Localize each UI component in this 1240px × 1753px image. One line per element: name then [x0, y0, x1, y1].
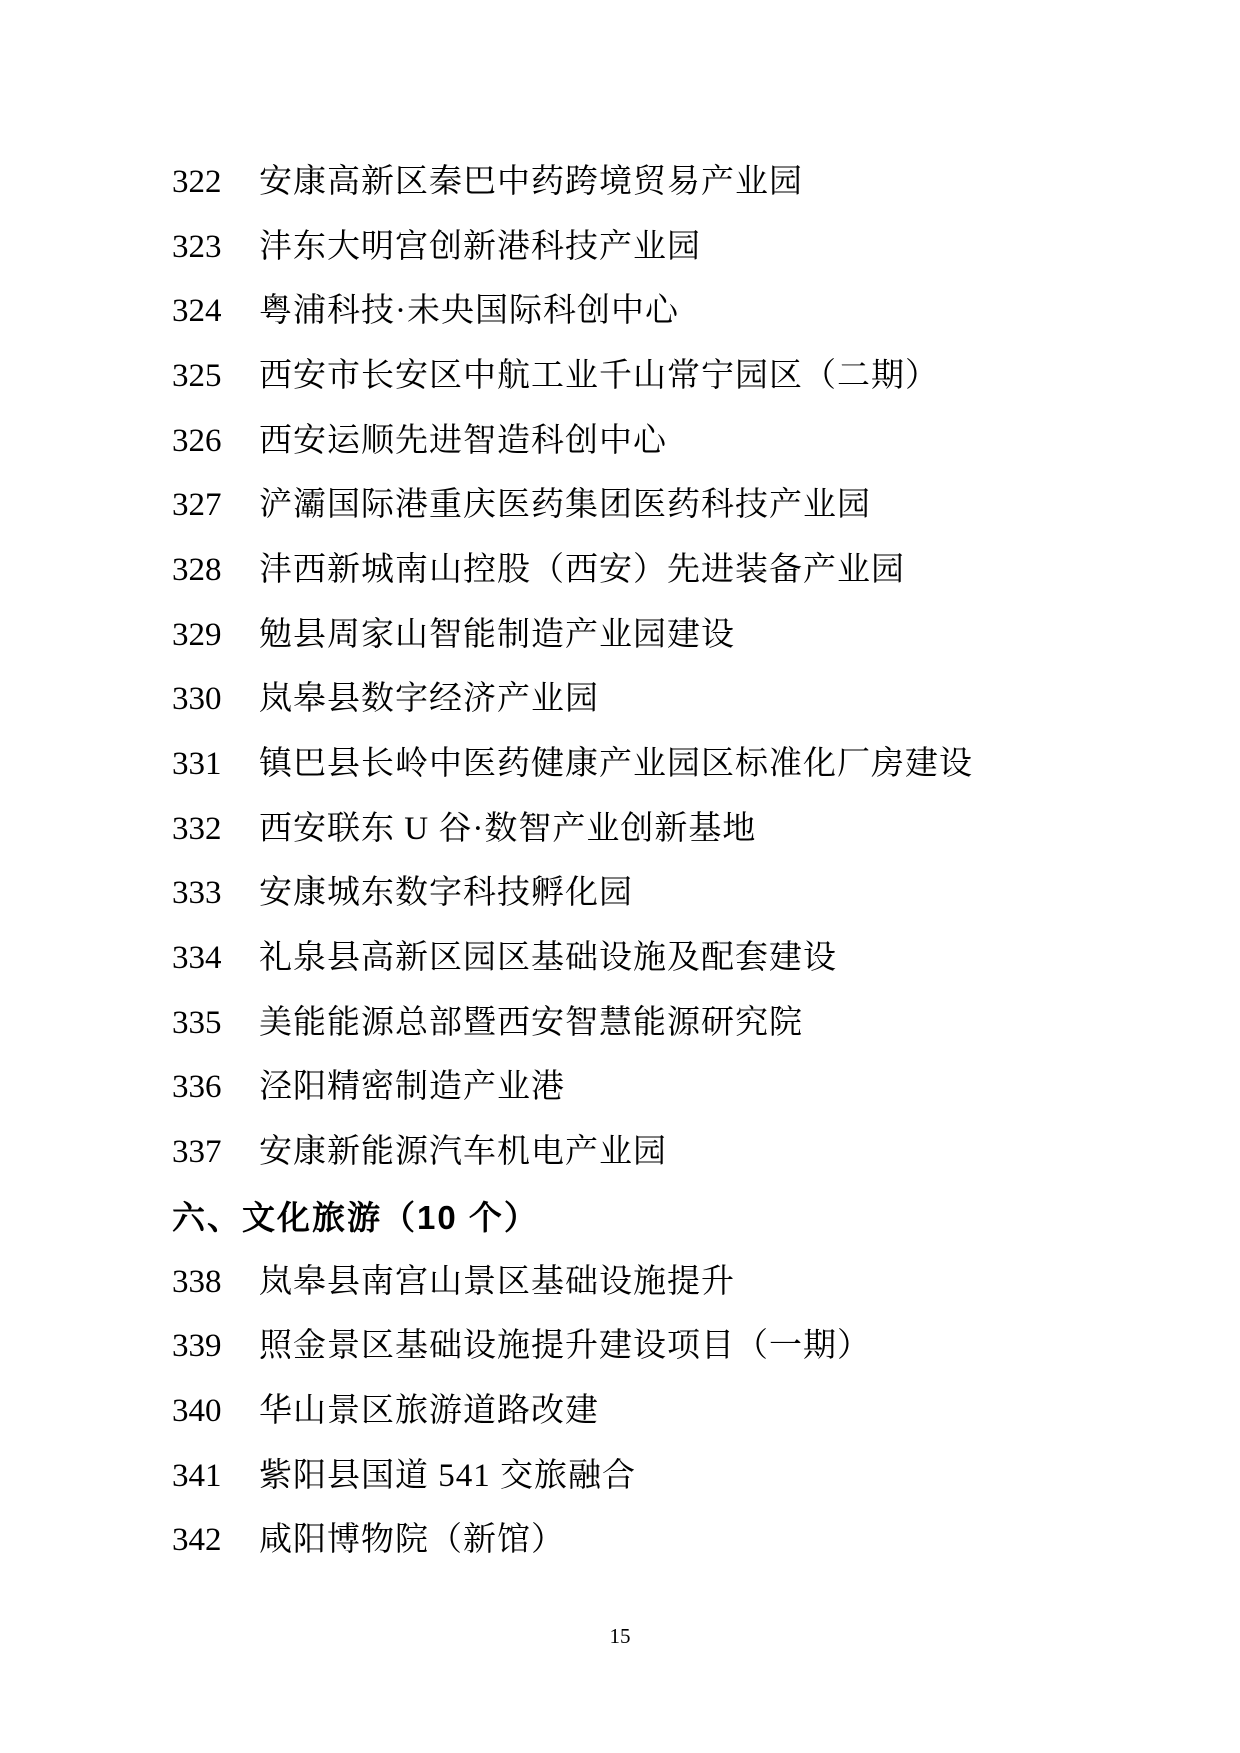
- list-item: 330 岚皋县数字经济产业园: [0, 668, 1240, 733]
- item-title: 美能能源总部暨西安智慧能源研究院: [259, 1007, 803, 1040]
- item-title: 西安联东 U 谷·数智产业创新基地: [259, 813, 756, 846]
- section-header-culture-tourism: 六、文化旅游（10 个）: [0, 1185, 1240, 1250]
- list-item: 322 安康高新区秦巴中药跨境贸易产业园: [0, 150, 1240, 215]
- list-item: 339 照金景区基础设施提升建设项目（一期）: [0, 1314, 1240, 1379]
- list-item: 323 沣东大明宫创新港科技产业园: [0, 215, 1240, 280]
- item-number: 327: [172, 489, 259, 522]
- item-number: 342: [172, 1524, 259, 1557]
- item-number: 333: [172, 877, 259, 910]
- list-item: 342 咸阳博物院（新馆）: [0, 1508, 1240, 1573]
- list-item: 325 西安市长安区中航工业千山常宁园区（二期）: [0, 344, 1240, 409]
- list-item: 335 美能能源总部暨西安智慧能源研究院: [0, 991, 1240, 1056]
- item-number: 326: [172, 425, 259, 458]
- list-item: 326 西安运顺先进智造科创中心: [0, 409, 1240, 474]
- item-number: 335: [172, 1007, 259, 1040]
- item-title: 安康城东数字科技孵化园: [259, 877, 633, 910]
- item-number: 325: [172, 360, 259, 393]
- item-number: 330: [172, 683, 259, 716]
- item-number: 332: [172, 813, 259, 846]
- item-title: 岚皋县数字经济产业园: [259, 683, 599, 716]
- item-number: 339: [172, 1330, 259, 1363]
- list-item: 338 岚皋县南宫山景区基础设施提升: [0, 1250, 1240, 1315]
- section-title: 六、文化旅游（10 个）: [172, 1201, 539, 1234]
- list-item: 334 礼泉县高新区园区基础设施及配套建设: [0, 926, 1240, 991]
- list-item: 331 镇巴县长岭中医药健康产业园区标准化厂房建设: [0, 732, 1240, 797]
- item-title: 沣东大明宫创新港科技产业园: [259, 231, 701, 264]
- list-item: 324 粤浦科技·未央国际科创中心: [0, 279, 1240, 344]
- list-item: 333 安康城东数字科技孵化园: [0, 862, 1240, 927]
- item-number: 338: [172, 1266, 259, 1299]
- item-number: 322: [172, 166, 259, 199]
- item-number: 334: [172, 942, 259, 975]
- item-title: 安康高新区秦巴中药跨境贸易产业园: [259, 166, 803, 199]
- item-title: 照金景区基础设施提升建设项目（一期）: [259, 1330, 871, 1363]
- list-item: 337 安康新能源汽车机电产业园: [0, 1120, 1240, 1185]
- item-number: 324: [172, 295, 259, 328]
- item-number: 328: [172, 554, 259, 587]
- item-number: 323: [172, 231, 259, 264]
- item-number: 329: [172, 619, 259, 652]
- item-title: 西安运顺先进智造科创中心: [259, 425, 667, 458]
- list-item: 328 沣西新城南山控股（西安）先进装备产业园: [0, 538, 1240, 603]
- list-item: 340 华山景区旅游道路改建: [0, 1379, 1240, 1444]
- project-list: 322 安康高新区秦巴中药跨境贸易产业园 323 沣东大明宫创新港科技产业园 3…: [0, 150, 1240, 1573]
- item-title: 咸阳博物院（新馆）: [259, 1524, 565, 1557]
- item-number: 337: [172, 1136, 259, 1169]
- item-title: 紫阳县国道 541 交旅融合: [259, 1460, 636, 1493]
- item-title: 浐灞国际港重庆医药集团医药科技产业园: [259, 489, 871, 522]
- item-title: 华山景区旅游道路改建: [259, 1395, 599, 1428]
- item-title: 勉县周家山智能制造产业园建设: [259, 619, 735, 652]
- list-item: 341 紫阳县国道 541 交旅融合: [0, 1444, 1240, 1509]
- item-title: 粤浦科技·未央国际科创中心: [259, 295, 679, 328]
- item-title: 安康新能源汽车机电产业园: [259, 1136, 667, 1169]
- item-number: 341: [172, 1460, 259, 1493]
- item-title: 沣西新城南山控股（西安）先进装备产业园: [259, 554, 905, 587]
- item-title: 岚皋县南宫山景区基础设施提升: [259, 1266, 735, 1299]
- list-item: 332 西安联东 U 谷·数智产业创新基地: [0, 797, 1240, 862]
- item-title: 镇巴县长岭中医药健康产业园区标准化厂房建设: [259, 748, 973, 781]
- page-number: 15: [0, 1624, 1240, 1649]
- list-item: 329 勉县周家山智能制造产业园建设: [0, 603, 1240, 668]
- list-item: 336 泾阳精密制造产业港: [0, 1056, 1240, 1121]
- item-title: 礼泉县高新区园区基础设施及配套建设: [259, 942, 837, 975]
- item-number: 336: [172, 1071, 259, 1104]
- item-number: 340: [172, 1395, 259, 1428]
- item-title: 泾阳精密制造产业港: [259, 1071, 565, 1104]
- list-item: 327 浐灞国际港重庆医药集团医药科技产业园: [0, 473, 1240, 538]
- document-page: 322 安康高新区秦巴中药跨境贸易产业园 323 沣东大明宫创新港科技产业园 3…: [0, 0, 1240, 1753]
- item-title: 西安市长安区中航工业千山常宁园区（二期）: [259, 360, 939, 393]
- item-number: 331: [172, 748, 259, 781]
